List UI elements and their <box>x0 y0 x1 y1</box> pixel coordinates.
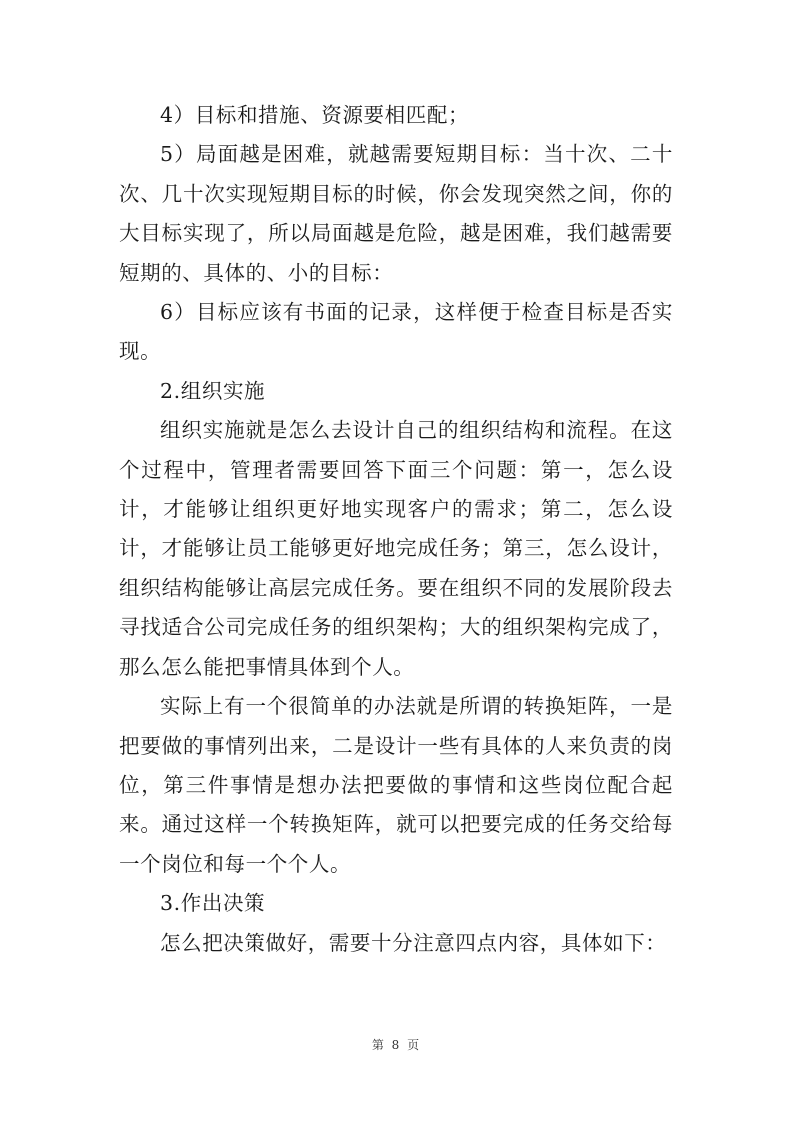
list-item-6: 6）目标应该有书面的记录，这样便于检查目标是否实现。 <box>119 293 673 372</box>
section-heading-decision: 3.作出决策 <box>119 884 673 923</box>
list-item-4: 4）目标和措施、资源要相匹配； <box>119 96 673 135</box>
paragraph: 实际上有一个很简单的办法就是所谓的转换矩阵，一是把要做的事情列出来，二是设计一些… <box>119 687 673 884</box>
section-heading-organize: 2.组织实施 <box>119 372 673 411</box>
list-item-5: 5）局面越是困难，就越需要短期目标：当十次、二十次、几十次实现短期目标的时候，你… <box>119 135 673 293</box>
page-number: 第 8 页 <box>0 1036 793 1053</box>
page-body: 4）目标和措施、资源要相匹配； 5）局面越是困难，就越需要短期目标：当十次、二十… <box>119 96 673 963</box>
paragraph: 怎么把决策做好，需要十分注意四点内容，具体如下： <box>119 924 673 963</box>
paragraph: 组织实施就是怎么去设计自己的组织结构和流程。在这个过程中，管理者需要回答下面三个… <box>119 411 673 687</box>
document-page: 4）目标和措施、资源要相匹配； 5）局面越是困难，就越需要短期目标：当十次、二十… <box>0 0 793 1122</box>
